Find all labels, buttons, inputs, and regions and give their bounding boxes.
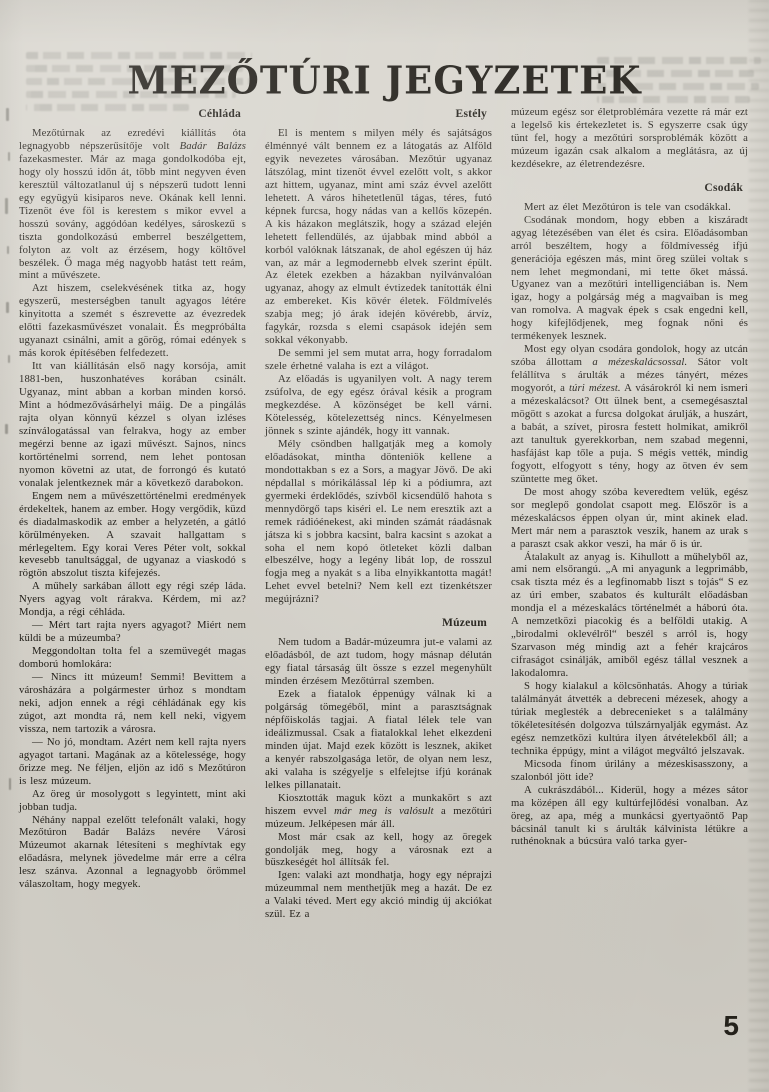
paragraph: A cukrászdából... Kiderül, hogy a mézes …: [511, 784, 748, 849]
paragraph: S hogy kialakul a kölcsönhatás. Ahogy a …: [511, 680, 748, 758]
paragraph: Átalakult az anyag is. Kihullott a műhel…: [511, 551, 748, 681]
paragraph: Most már csak az kell, hogy az öregek go…: [265, 831, 492, 870]
paragraph: múzeum egész sor életproblémára vezette …: [511, 106, 748, 171]
paragraph: De most ahogy szóba keveredtem velük, eg…: [511, 486, 748, 551]
paragraph: Igen: valaki azt mondhatja, hogy egy nép…: [265, 869, 492, 921]
paragraph: Meggondoltan tolta fel a szemüvegét maga…: [19, 645, 246, 671]
paragraph: Kiosztották maguk közt a munkakört s azt…: [265, 792, 492, 831]
binding-smudge: [6, 302, 9, 313]
paragraph: Néhány nappal ezelőtt telefonált valaki,…: [19, 814, 246, 892]
paragraph: Nem tudom a Badár-múzeumra jut-e valami …: [265, 636, 492, 688]
paragraph: A műhely sarkában állott egy régi szép l…: [19, 580, 246, 619]
page-number: 5: [723, 1010, 739, 1042]
scanned-magazine-page: MEZŐTÚRI JEGYZETEK CéhládaMezőtúrnak az …: [0, 0, 769, 1092]
binding-smudge: [6, 108, 9, 121]
text-column-1: CéhládaMezőtúrnak az ezredévi kiállítás …: [19, 106, 246, 921]
article-columns: CéhládaMezőtúrnak az ezredévi kiállítás …: [19, 106, 748, 921]
binding-smudge: [5, 424, 8, 434]
paragraph: El is mentem s milyen mély és sajátságos…: [265, 127, 492, 347]
paragraph: Azt hiszem, cselekvésének titka az, hogy…: [19, 282, 246, 360]
paragraph: De semmi jel sem mutat arra, hogy forrad…: [265, 347, 492, 373]
paragraph: Engem nem a művészettörténelmi eredménye…: [19, 490, 246, 581]
paragraph: Mert az élet Mezőtúron is tele van csodá…: [511, 201, 748, 214]
paragraph: Csodának mondom, hogy ebben a kiszáradt …: [511, 214, 748, 344]
paragraph: — Mért tart rajta nyers agyagot? Miért n…: [19, 619, 246, 645]
paragraph: Most egy olyan csodára gondolok, hogy az…: [511, 343, 748, 485]
paragraph: — Nincs itt múzeum! Semmi! Bevittem a vá…: [19, 671, 246, 736]
binding-smudge: [8, 355, 10, 363]
text-column-2: EstélyEl is mentem s milyen mély és sajá…: [265, 106, 492, 921]
paragraph: Mezőtúrnak az ezredévi kiállítás óta leg…: [19, 127, 246, 282]
binding-smudge: [9, 778, 11, 790]
paragraph: Az öreg úr mosolygott s legyintett, mint…: [19, 788, 246, 814]
section-heading: Céhláda: [19, 107, 246, 120]
paragraph: Itt van kiállításán első nagy korsója, a…: [19, 360, 246, 490]
paragraph: Mély csöndben hallgatják meg a komoly el…: [265, 438, 492, 606]
section-heading: Csodák: [511, 181, 748, 194]
paragraph: Az előadás is ugyanilyen volt. A nagy te…: [265, 373, 492, 438]
paragraph: — No jó, mondtam. Azért nem kell rajta n…: [19, 736, 246, 788]
section-heading: Estély: [265, 107, 492, 120]
paragraph: Micsoda fínom úrilány a mézeskisasszony,…: [511, 758, 748, 784]
paragraph: Ezek a fiatalok éppenúgy válnak ki a pol…: [265, 688, 492, 792]
scan-edge-noise: [749, 0, 769, 1092]
text-column-3: múzeum egész sor életproblémára vezette …: [511, 106, 748, 921]
section-heading: Múzeum: [265, 616, 492, 629]
binding-smudge: [7, 246, 9, 254]
page-title: MEZŐTÚRI JEGYZETEK: [0, 57, 769, 103]
binding-smudge: [5, 198, 8, 214]
binding-smudge: [8, 152, 10, 161]
